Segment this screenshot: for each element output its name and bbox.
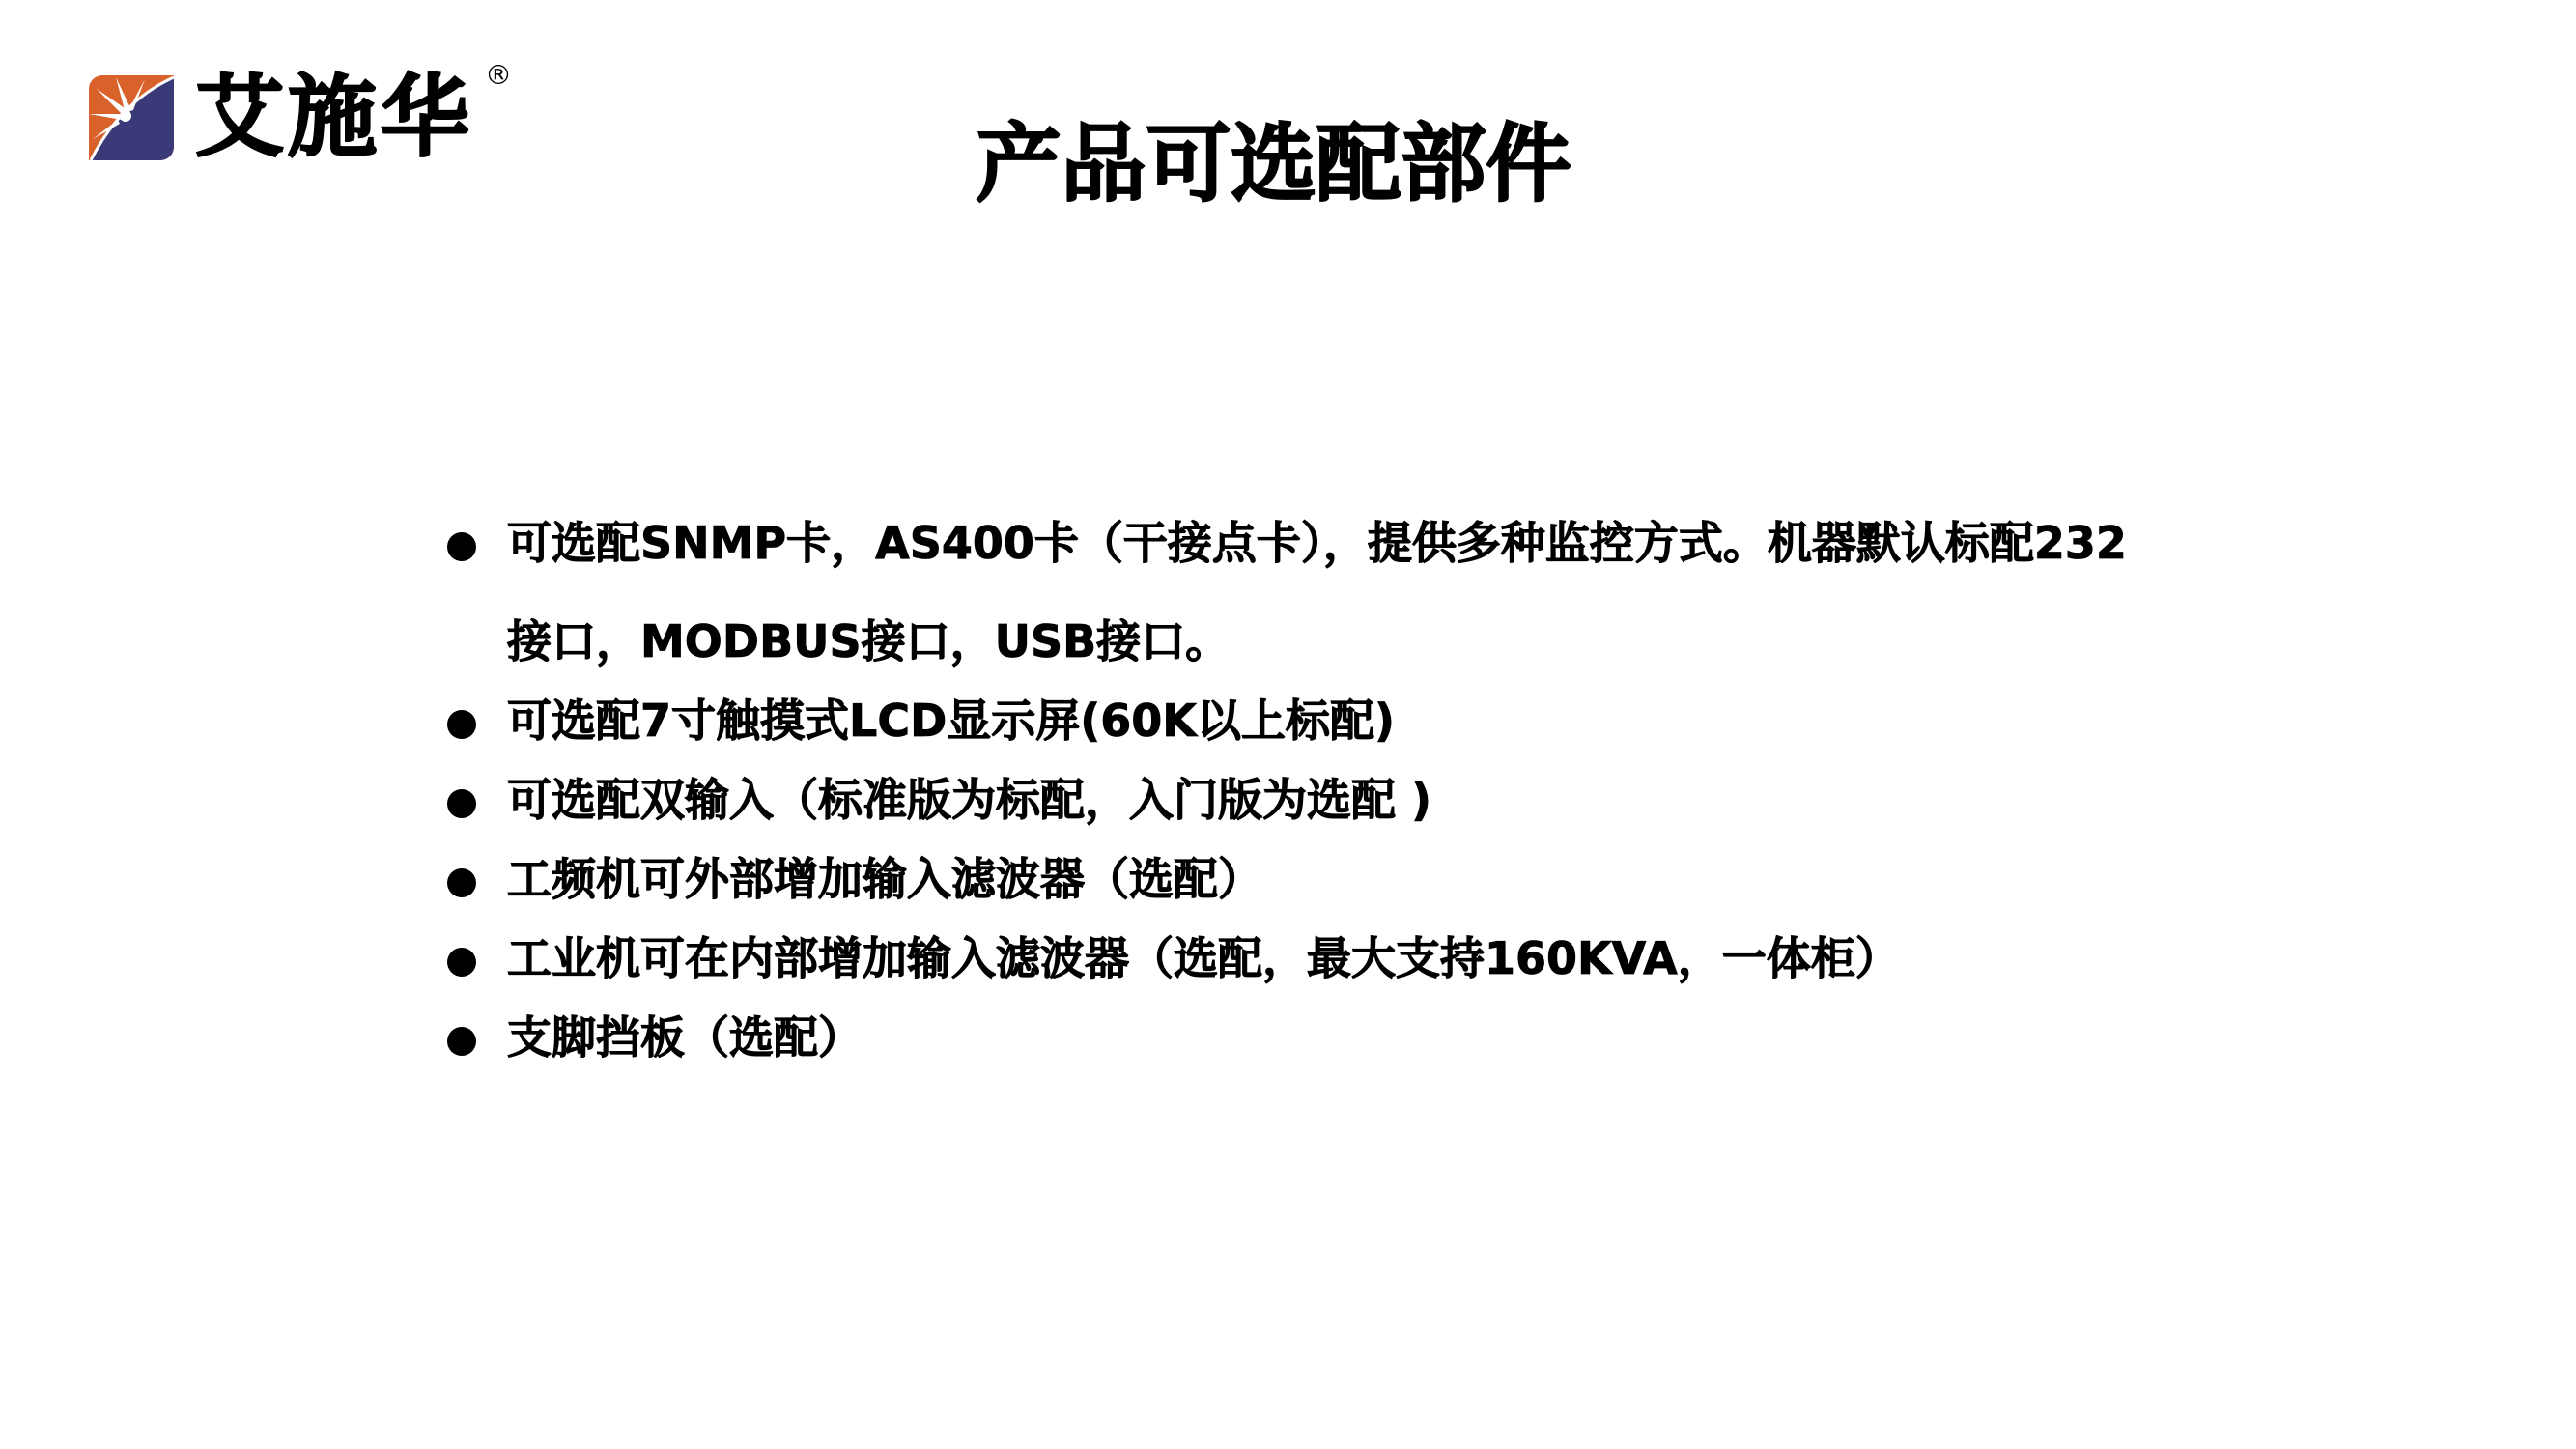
- list-item-text: 可选配SNMP卡，AS400卡（干接点卡），提供多种监控方式。机器默认标配232: [507, 513, 2215, 611]
- list-item: 支脚挡板（选配）: [447, 1008, 2215, 1106]
- list-item: 可选配SNMP卡，AS400卡（干接点卡），提供多种监控方式。机器默认标配232…: [447, 513, 2215, 710]
- bullet-dot-icon: [447, 948, 476, 977]
- registered-mark: ®: [485, 62, 512, 89]
- bullet-dot-icon: [447, 1027, 476, 1056]
- bullet-dot-icon: [447, 710, 476, 739]
- bullet-dot-icon: [447, 789, 476, 818]
- bullet-dot-icon: [447, 532, 476, 561]
- list-item-text: 支脚挡板（选配）: [507, 1008, 2215, 1106]
- page-title: 产品可选配部件: [0, 111, 2576, 217]
- bullet-dot-icon: [447, 868, 476, 897]
- feature-list: 可选配SNMP卡，AS400卡（干接点卡），提供多种监控方式。机器默认标配232…: [447, 513, 2215, 1106]
